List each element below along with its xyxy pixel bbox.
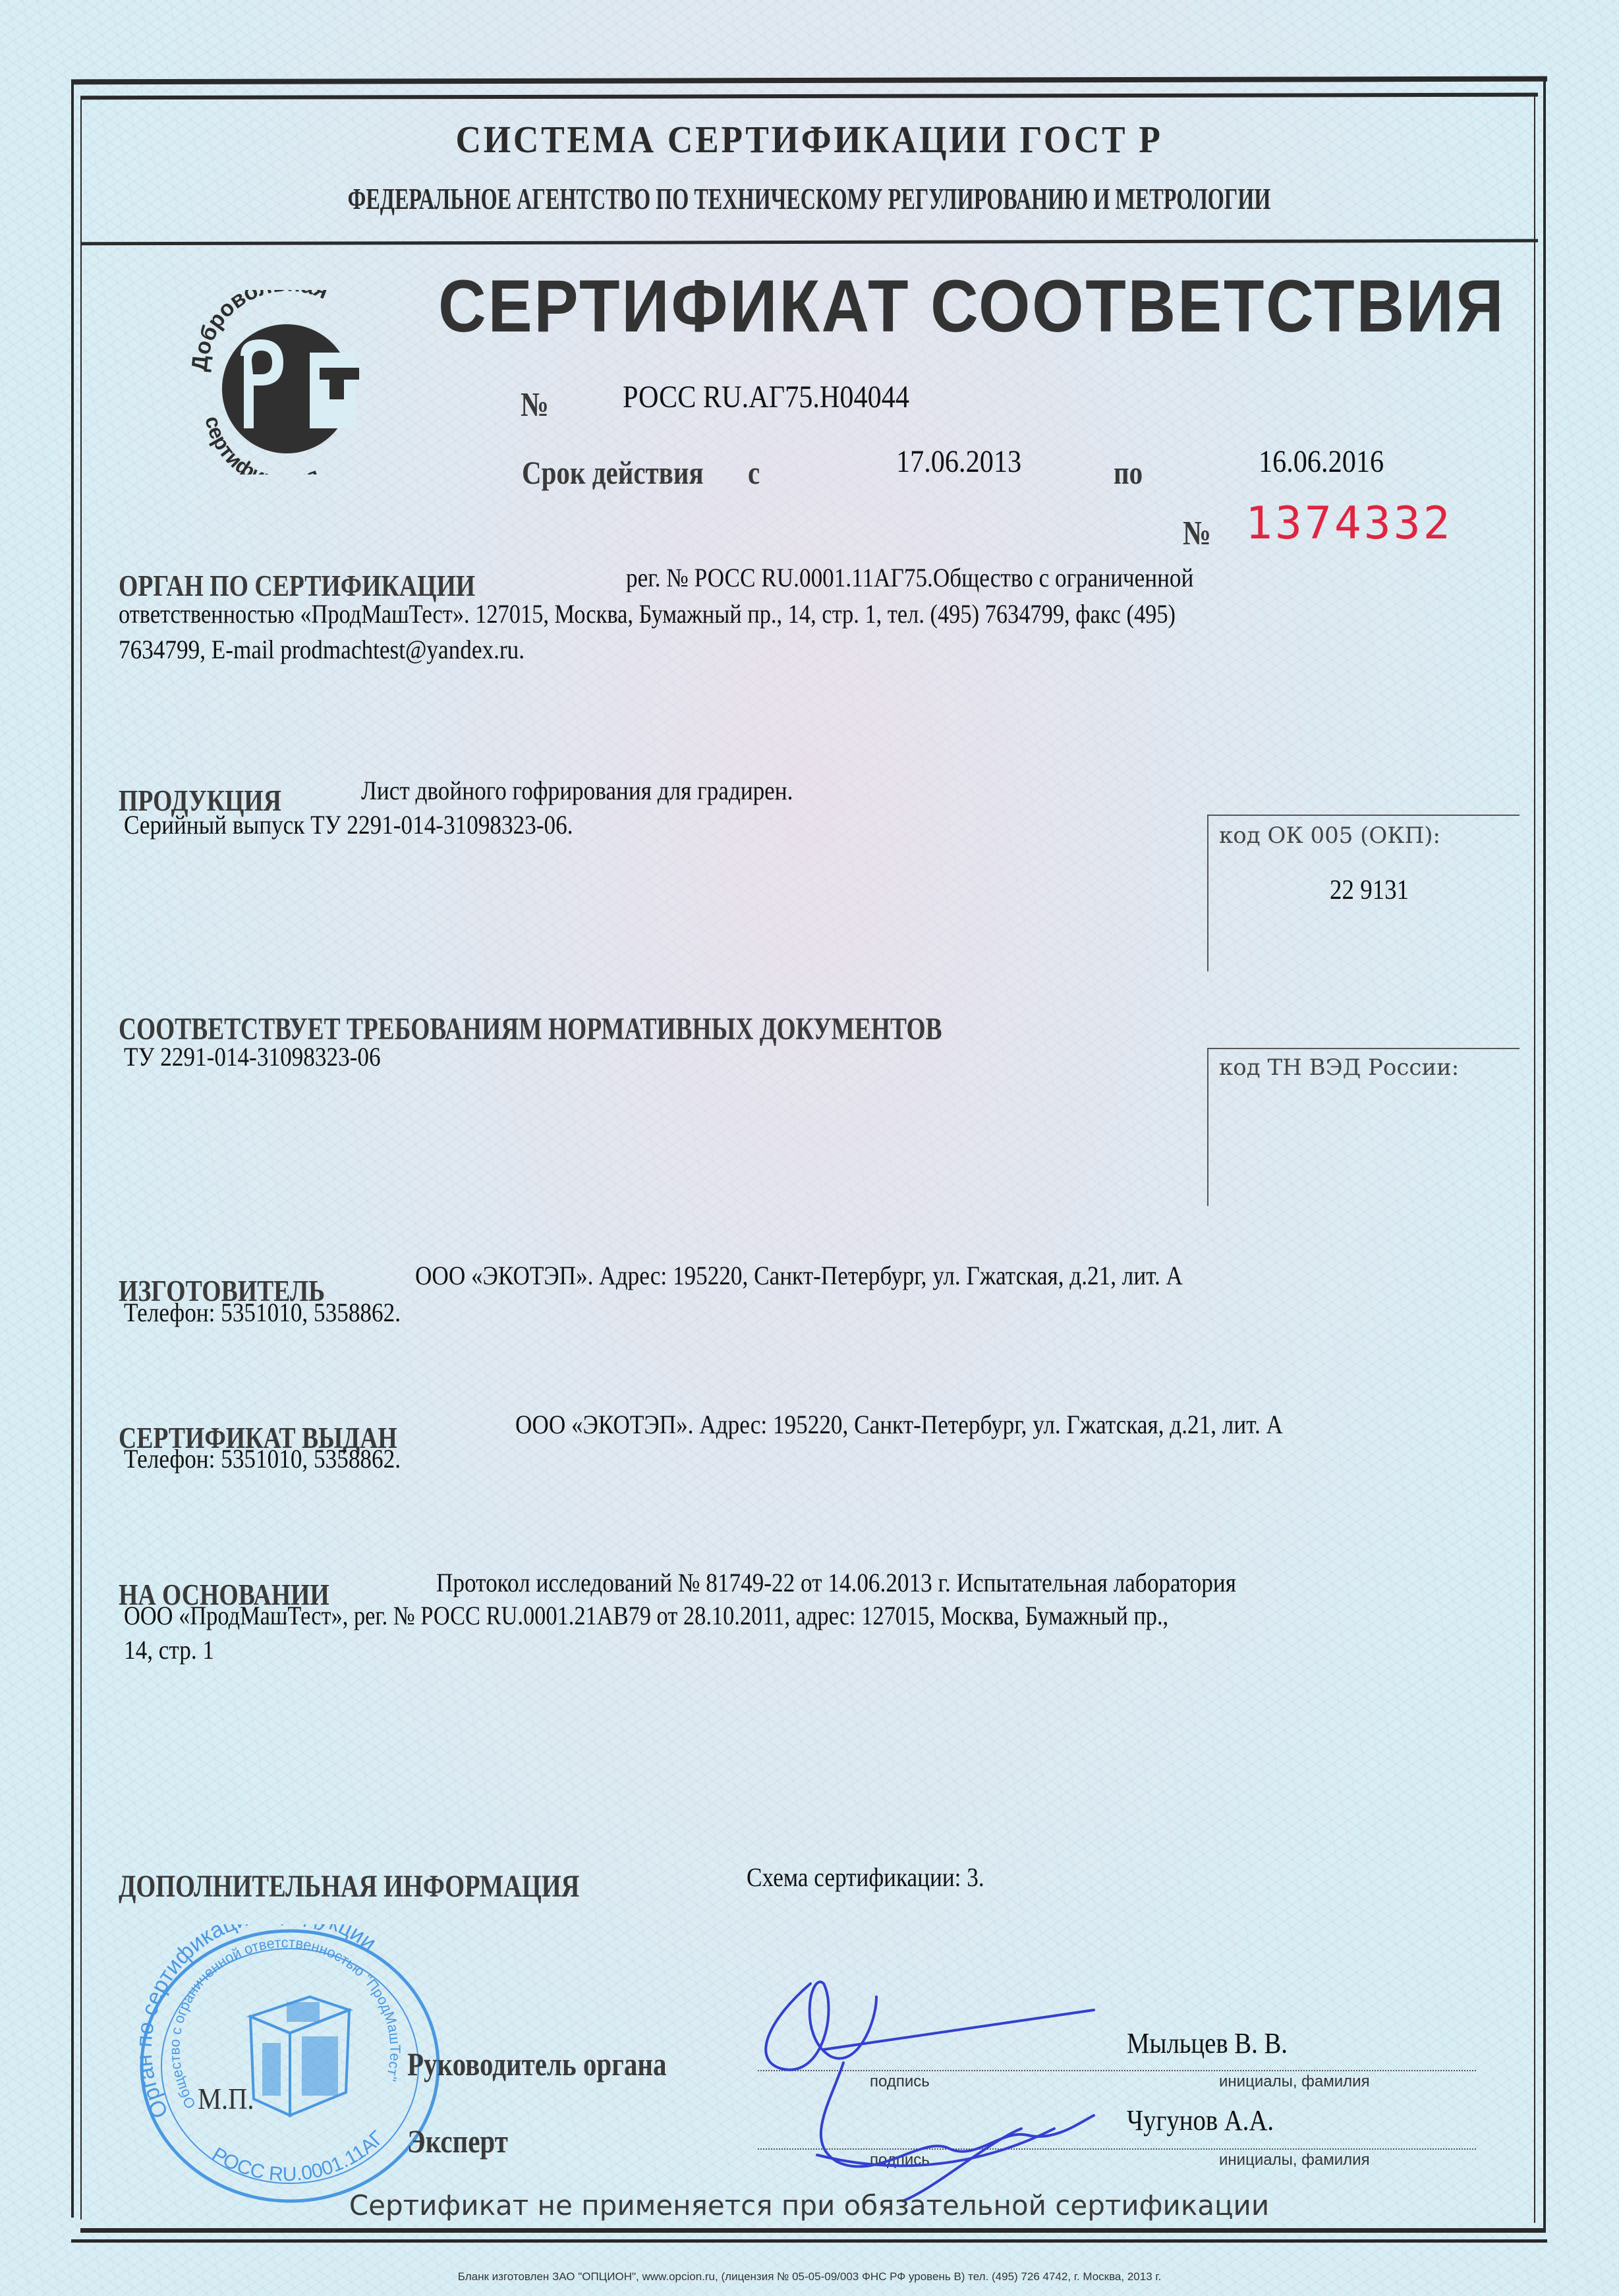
certification-body-line1: рег. № РОСС RU.0001.11АГ75.Общество с ог…: [626, 562, 1193, 593]
basis-line3: 14, стр. 1: [124, 1634, 214, 1665]
valid-from-date: 17.06.2013: [896, 444, 1021, 480]
frame-right: [1543, 78, 1546, 2233]
validity-from-label: с: [748, 453, 760, 492]
product-line2: Серийный выпуск ТУ 2291-014-31098323-06.: [124, 809, 573, 840]
basis-line2: ООО «ПродМашТест», рег. № РОСС RU.0001.2…: [124, 1600, 1168, 1631]
valid-to-date: 16.06.2016: [1259, 444, 1384, 480]
certification-body-line2: ответственностью «ПродМашТест». 127015, …: [119, 598, 1176, 629]
header-divider: [80, 239, 1538, 246]
frame-top-inner: [80, 93, 1538, 100]
system-title: СИСТЕМА СЕРТИФИКАЦИИ ГОСТ Р: [138, 117, 1479, 161]
seal-label: М.П.: [198, 2081, 254, 2116]
basis-line1: Протокол исследований № 81749-22 от 14.0…: [436, 1567, 1236, 1598]
expert-role-label: Эксперт: [407, 2122, 508, 2160]
number-label: №: [521, 386, 549, 424]
rst-logo-icon: Добровольная сертификация: [178, 290, 395, 474]
validity-label: Срок действия: [522, 453, 704, 492]
product-line1: Лист двойного гофрирования для градирен.: [361, 775, 793, 806]
certification-body-line3: 7634799, E-mail prodmachtest@yandex.ru.: [119, 634, 525, 665]
okp-code-label: код ОК 005 (ОКП):: [1219, 822, 1440, 849]
blank-number-label: №: [1183, 514, 1211, 553]
certificate-title: СЕРТИФИКАТ СООТВЕТСТВИЯ: [438, 264, 1505, 349]
certificate-number: РОСС RU.АГ75.Н04044: [623, 379, 909, 415]
issued-to-line2: Телефон: 5351010, 5358862.: [124, 1443, 401, 1474]
tnved-box-left: [1207, 1048, 1208, 1206]
mandatory-notice: Сертификат не применяется при обязательн…: [80, 2189, 1538, 2222]
blank-serial-number: 1374332: [1245, 498, 1453, 550]
frame-bottom-outer: [71, 2239, 1547, 2243]
expert-name-caption: инициалы, фамилия: [1219, 2151, 1370, 2169]
frame-left-inner: [80, 98, 82, 2220]
okp-box-top: [1207, 815, 1520, 816]
frame-right-inner: [1534, 94, 1535, 2223]
organization-stamp: Орган по сертификации продукции Общество…: [132, 1924, 441, 2208]
head-name-caption: инициалы, фамилия: [1219, 2073, 1370, 2091]
issued-to-line1: ООО «ЭКОТЭП». Адрес: 195220, Санкт-Петер…: [515, 1409, 1283, 1440]
additional-info-label: ДОПОЛНИТЕЛЬНАЯ ИНФОРМАЦИЯ: [119, 1868, 579, 1905]
additional-info-line1: Схема сертификации: 3.: [747, 1862, 984, 1893]
tnved-box-top: [1207, 1048, 1520, 1049]
frame-left: [71, 82, 74, 2218]
frame-top-outer: [71, 76, 1547, 85]
agency-name: ФЕДЕРАЛЬНОЕ АГЕНТСТВО ПО ТЕХНИЧЕСКОМУ РЕ…: [299, 181, 1319, 216]
printer-info: Бланк изготовлен ЗАО "ОПЦИОН", www.opcio…: [0, 2270, 1619, 2283]
okp-code-value: 22 9131: [1330, 875, 1409, 906]
conformity-line1: ТУ 2291-014-31098323-06: [124, 1041, 381, 1072]
validity-to-label: по: [1114, 453, 1143, 492]
tnved-code-label: код ТН ВЭД России:: [1219, 1054, 1459, 1081]
head-role-label: Руководитель органа: [407, 2045, 666, 2083]
okp-box-left: [1207, 815, 1208, 971]
manufacturer-line1: ООО «ЭКОТЭП». Адрес: 195220, Санкт-Петер…: [415, 1260, 1183, 1291]
manufacturer-line2: Телефон: 5351010, 5358862.: [124, 1297, 401, 1328]
